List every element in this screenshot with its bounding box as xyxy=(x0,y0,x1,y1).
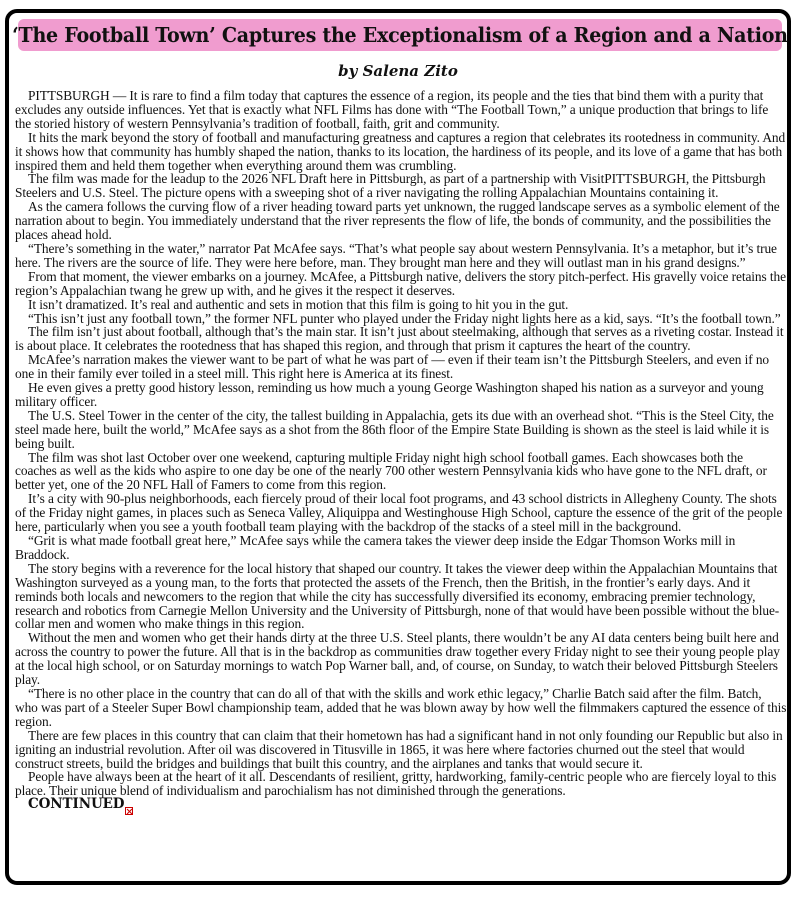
article-frame: ‘The Football Town’ Captures the Excepti… xyxy=(5,9,791,885)
paragraph: From that moment, the viewer embarks on … xyxy=(15,270,787,298)
paragraph: PITTSBURGH — It is rare to find a film t… xyxy=(15,89,787,131)
paragraph: “There’s something in the water,” narrat… xyxy=(15,242,787,270)
paragraph: He even gives a pretty good history less… xyxy=(15,381,787,409)
paragraph: “There is no other place in the country … xyxy=(15,687,787,729)
article-body: PITTSBURGH — It is rare to find a film t… xyxy=(15,89,787,812)
article-byline: by Salena Zito xyxy=(9,62,787,80)
paragraph: The U.S. Steel Tower in the center of th… xyxy=(15,409,787,451)
article-title: ‘The Football Town’ Captures the Excepti… xyxy=(12,23,788,47)
paragraph: People have always been at the heart of … xyxy=(15,770,787,798)
paragraph: The film isn’t just about football, alth… xyxy=(15,325,787,353)
paragraph: The film was made for the leadup to the … xyxy=(15,172,787,200)
paragraph: “This isn’t just any football town,” the… xyxy=(15,312,787,326)
paragraph: It hits the mark beyond the story of foo… xyxy=(15,131,787,173)
continued-link[interactable]: CONTINUED xyxy=(15,798,787,812)
paragraph: The film was shot last October over one … xyxy=(15,451,787,493)
paragraph: Without the men and women who get their … xyxy=(15,631,787,687)
paragraph: The story begins with a reverence for th… xyxy=(15,562,787,632)
paragraph: There are few places in this country tha… xyxy=(15,729,787,771)
title-banner: ‘The Football Town’ Captures the Excepti… xyxy=(18,19,782,51)
paragraph: “Grit is what made football great here,”… xyxy=(15,534,787,562)
paragraph: As the camera follows the curving flow o… xyxy=(15,200,787,242)
paragraph: McAfee’s narration makes the viewer want… xyxy=(15,353,787,381)
broken-image-icon xyxy=(125,807,133,815)
continued-label: CONTINUED xyxy=(28,798,124,812)
paragraph: It isn’t dramatized. It’s real and authe… xyxy=(15,298,787,312)
paragraph: It’s a city with 90-plus neighborhoods, … xyxy=(15,492,787,534)
